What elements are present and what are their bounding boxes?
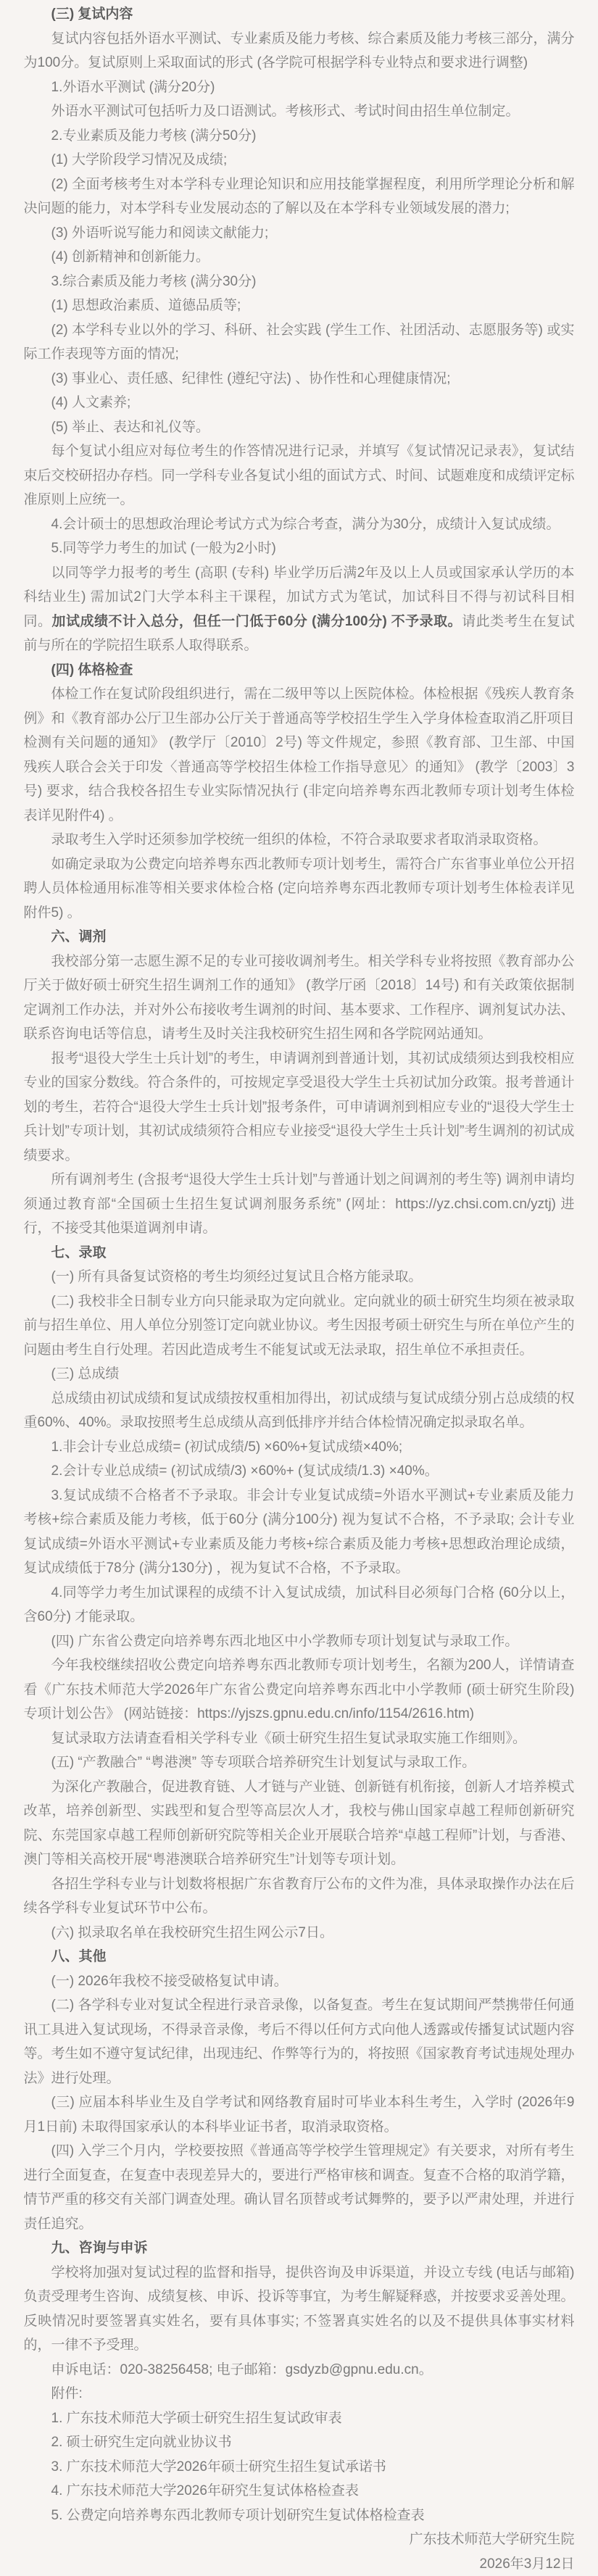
formula-accounting-total: 2.会计专业总成绩= (初试成绩/3) ×60%+ (复试成绩/1.3) ×40… <box>24 1459 575 1484</box>
list-item: (5) 举止、表达和礼仪等。 <box>24 415 575 440</box>
section-heading-adjustment: 六、调剂 <box>24 925 575 950</box>
list-item-special-plan: (四) 广东省公费定向培养粤东西北地区中小学教师专项计划复试与录取工作。 <box>24 1629 575 1654</box>
paragraph-adjustment-system-url: 所有调剂考生 (含报考“退役大学生士兵计划”与普通计划之间调剂的考生等) 调剂申… <box>24 1168 575 1241</box>
list-item-additional-test: 5.同等学力考生的加试 (一般为2小时) <box>24 536 575 561</box>
list-item-joint-training: (五) “产教融合” “粤港澳” 等专项联合培养研究生计划复试与录取工作。 <box>24 1750 575 1775</box>
paragraph-additional-test-rule: 以同等学力报考的考生 (高职 (专科) 毕业学历后满2年及以上人员或国家承认学历… <box>24 561 575 658</box>
paragraph: 总成绩由初试成绩和复试成绩按权重相加得出，初试成绩与复试成绩分别占总成绩的权重6… <box>24 1387 575 1435</box>
paragraph: 外语水平测试可包括听力及口语测试。考核形式、考试时间由招生单位制定。 <box>24 99 575 124</box>
attachment-item: 3. 广东技术师范大学2026年硕士研究生招生复试承诺书 <box>24 2455 575 2480</box>
paragraph: 学校将加强对复试过程的监督和指导，提供咨询及申诉渠道，并设立专线 (电话与邮箱)… <box>24 2261 575 2358</box>
paragraph: 各招生学科专业与计划数将根据广东省教育厅公布的文件为准，具体录取操作办法在后续各… <box>24 1872 575 1921</box>
paragraph: 复试内容包括外语水平测试、专业素质及能力考核、综合素质及能力考核三部分，满分为1… <box>24 27 575 75</box>
list-item: (3) 外语听说写能力和阅读文献能力; <box>24 221 575 246</box>
list-item: (4) 人文素养; <box>24 391 575 415</box>
list-item: (四) 入学三个月内，学校要按照《普通高等学校学生管理规定》有关要求，对所有考生… <box>24 2139 575 2236</box>
attachment-item: 5. 公费定向培养粤东西北教师专项计划研究生复试体格检查表 <box>24 2504 575 2528</box>
list-item-publicity: (六) 拟录取名单在我校研究生招生网公示7日。 <box>24 1921 575 1945</box>
attachment-item: 2. 硕士研究生定向就业协议书 <box>24 2430 575 2455</box>
appeal-contact-line: 申诉电话：020-38256458; 电子邮箱：gsdyzb@gpnu.edu.… <box>24 2358 575 2382</box>
list-item: (三) 应届本科毕业生及自学考试和网络教育届时可毕业本科生考生，入学时 (202… <box>24 2090 575 2139</box>
list-item-foreign-language-test: 1.外语水平测试 (满分20分) <box>24 75 575 100</box>
paragraph: 录取考生入学时还须参加学校统一组织的体检，不符合录取要求者取消录取资格。 <box>24 828 575 852</box>
notice-document: (三) 复试内容 复试内容包括外语水平测试、专业素质及能力考核、综合素质及能力考… <box>24 0 575 2576</box>
list-item: (二) 各学科专业对复试全程进行录音录像，以备复查。考生在复试期间严禁携带任何通… <box>24 1993 575 2090</box>
list-item: (2) 全面考核考生对本学科专业理论知识和应用技能掌握程度，利用所学理论分析和解… <box>24 173 575 221</box>
list-item: (一) 所有具备复试资格的考生均须经过复试且合格方能录取。 <box>24 1265 575 1289</box>
bold-warning-text: 加试成绩不计入总分，但任一门低于60分 (满分100分) 不予录取。 <box>51 614 462 629</box>
signature-org: 广东技术师范大学研究生院 <box>24 2527 575 2552</box>
paragraph: 如确定录取为公费定向培养粤东西北教师专项计划考生，需符合广东省事业单位公开招聘人… <box>24 852 575 926</box>
paragraph: 4.同等学力考生加试课程的成绩不计入复试成绩，加试科目必须每门合格 (60分以上… <box>24 1581 575 1629</box>
list-item: (4) 创新精神和创新能力。 <box>24 245 575 270</box>
section-heading-retest-content: (三) 复试内容 <box>24 2 575 27</box>
attachment-item: 4. 广东技术师范大学2026年研究生复试体格检查表 <box>24 2479 575 2504</box>
paragraph: 我校部分第一志愿生源不足的专业可接收调剂考生。相关学科专业将按照《教育部办公厅关… <box>24 950 575 1047</box>
paragraph: 报考“退役大学生士兵计划”的考生，申请调剂到普通计划，其初试成绩须达到我校相应专… <box>24 1047 575 1168</box>
section-heading-others: 八、其他 <box>24 1945 575 1969</box>
section-heading-physical-exam: (四) 体格检查 <box>24 658 575 683</box>
paragraph: 体检工作在复试阶段组织进行，需在二级甲等以上医院体检。体检根据《残疾人教育条例》… <box>24 682 575 828</box>
paragraph: 复试录取方法请查看相关学科专业《硕士研究生招生复试录取实施工作细则》。 <box>24 1727 575 1751</box>
attachment-item: 1. 广东技术师范大学硕士研究生招生复试政审表 <box>24 2406 575 2431</box>
paragraph-special-plan-url: 今年我校继续招收公费定向培养粤东西北教师专项计划考生，名额为200人，详情请查看… <box>24 1653 575 1727</box>
list-item: (1) 思想政治素质、道德品质等; <box>24 294 575 318</box>
list-item-professional-quality: 2.专业素质及能力考核 (满分50分) <box>24 124 575 149</box>
signature-date: 2026年3月12日 <box>24 2552 575 2576</box>
list-item: (1) 大学阶段学习情况及成绩; <box>24 148 575 173</box>
section-heading-consultation-appeal: 九、咨询与申诉 <box>24 2236 575 2261</box>
attachments-label: 附件: <box>24 2382 575 2406</box>
list-item: (二) 我校非全日制专业方向只能录取为定向就业。定向就业的硕士研究生均须在被录取… <box>24 1289 575 1363</box>
list-item-total-score: (三) 总成绩 <box>24 1362 575 1387</box>
section-heading-admission: 七、录取 <box>24 1241 575 1266</box>
paragraph: 每个复试小组应对每位考生的作答情况进行记录，并填写《复试情况记录表》，复试结束后… <box>24 439 575 512</box>
formula-non-accounting-total: 1.非会计专业总成绩= (初试成绩/5) ×60%+复试成绩×40%; <box>24 1435 575 1460</box>
paragraph: 为深化产教融合，促进教育链、人才链与产业链、创新链有机衔接，创新人才培养模式改革… <box>24 1775 575 1872</box>
list-item: (3) 事业心、责任感、纪律性 (遵纪守法) 、协作性和心理健康情况; <box>24 367 575 391</box>
list-item-comprehensive-quality: 3.综合素质及能力考核 (满分30分) <box>24 270 575 294</box>
paragraph: 3.复试成绩不合格者不予录取。非会计专业复试成绩=外语水平测试+专业素质及能力考… <box>24 1484 575 1581</box>
paragraph: 4.会计硕士的思想政治理论考试方式为综合考查，满分为30分，成绩计入复试成绩。 <box>24 512 575 537</box>
list-item: (2) 本学科专业以外的学习、科研、社会实践 (学生工作、社团活动、志愿服务等)… <box>24 318 575 367</box>
list-item: (一) 2026年我校不接受破格复试申请。 <box>24 1969 575 1994</box>
